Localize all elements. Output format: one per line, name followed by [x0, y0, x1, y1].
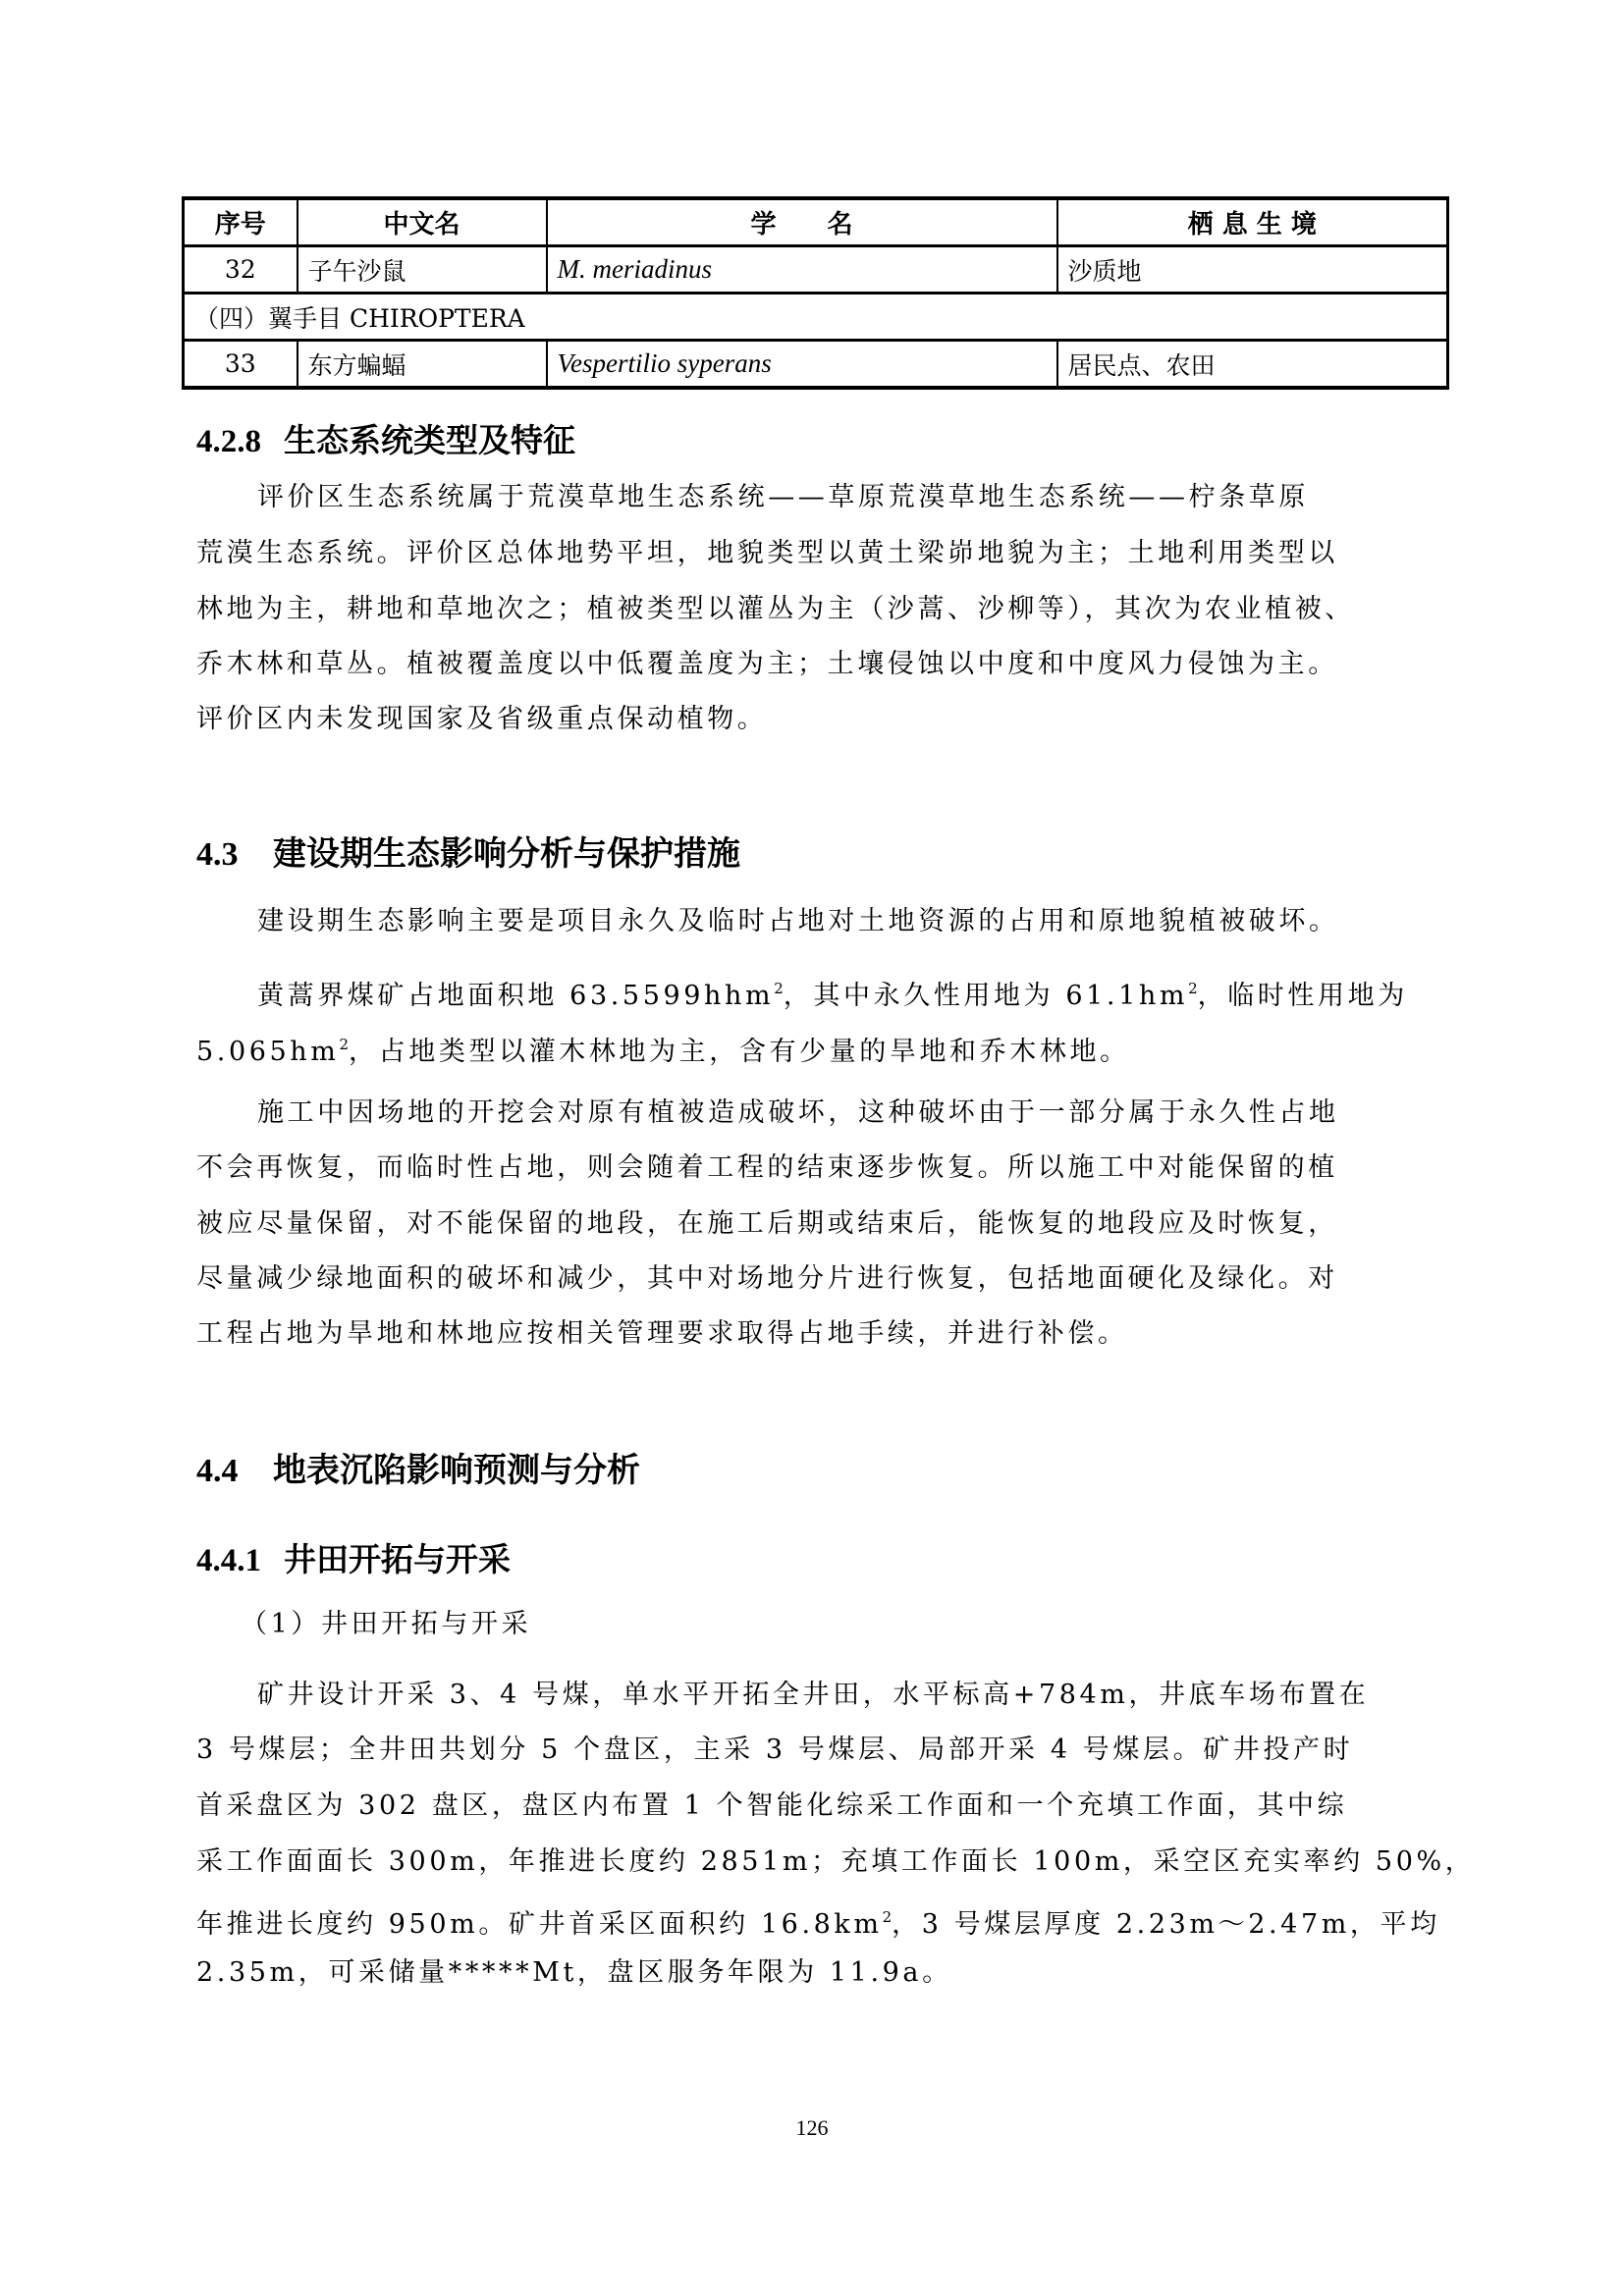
subheading: （1）井田开拓与开采	[241, 1608, 531, 1641]
paragraph-line: 荒漠生态系统。评价区总体地势平坦，地貌类型以黄土梁峁地貌为主；土地利用类型以	[196, 537, 1338, 570]
heading-4-2-8: 4.2.8 生态系统类型及特征	[196, 415, 575, 461]
paragraph-line: 工程占地为旱地和林地应按相关管理要求取得占地手续，并进行补偿。	[196, 1317, 1128, 1351]
table-group-row: （四）翼手目 CHIROPTERA	[184, 294, 1448, 341]
superscript: 2	[774, 980, 784, 997]
paragraph-line: 5.065hm2，占地类型以灌木林地为主，含有少量的旱地和乔木林地。	[196, 1028, 1130, 1069]
superscript: 2	[883, 1908, 893, 1926]
heading-4-4-1: 4.4.1 井田开拓与开采	[196, 1534, 511, 1580]
document-page: 序号 中文名 学 名 栖 息 生 境 32 子午沙鼠 M. meriadinus…	[0, 0, 1624, 2296]
text-segment: ，3 号煤层厚度 2.23m～2.47m，平均	[892, 1909, 1440, 1940]
cell-habitat: 居民点、农田	[1057, 341, 1448, 389]
paragraph-line: 年推进长度约 950m。矿井首采区面积约 16.8km2，3 号煤层厚度 2.2…	[196, 1900, 1440, 1942]
paragraph-line: 黄蒿界煤矿占地面积地 63.5599hhm2，其中永久性用地为 61.1hm2，…	[257, 972, 1408, 1013]
table-header-row: 序号 中文名 学 名 栖 息 生 境	[184, 198, 1448, 246]
paragraph-line: 评价区生态系统属于荒漠草地生态系统——草原荒漠草地生态系统——柠条草原	[257, 481, 1309, 514]
heading-number: 4.3	[196, 836, 239, 874]
heading-title: 生态系统类型及特征	[284, 421, 575, 459]
cell-group-label: （四）翼手目 CHIROPTERA	[184, 294, 1448, 341]
species-table: 序号 中文名 学 名 栖 息 生 境 32 子午沙鼠 M. meriadinus…	[182, 196, 1449, 390]
cell-chinese-name: 东方蝙蝠	[298, 341, 547, 389]
cell-serial: 32	[184, 246, 298, 294]
header-scientific-name: 学 名	[547, 198, 1057, 246]
header-chinese-name: 中文名	[298, 198, 547, 246]
cell-scientific-name: M. meriadinus	[547, 246, 1057, 294]
text-segment: 黄蒿界煤矿占地面积地 63.5599hhm	[257, 981, 774, 1011]
superscript: 2	[1188, 980, 1198, 997]
heading-number: 4.4.1	[196, 1543, 261, 1579]
paragraph-line: 建设期生态影响主要是项目永久及临时占地对土地资源的占用和原地貌植被破坏。	[257, 905, 1339, 938]
paragraph-line: 评价区内未发现国家及省级重点保动植物。	[196, 703, 767, 736]
paragraph-line: 首采盘区为 302 盘区，盘区内布置 1 个智能化综采工作面和一个充填工作面，其…	[196, 1789, 1347, 1823]
heading-number: 4.4	[196, 1453, 239, 1490]
paragraph-line: 施工中因场地的开挖会对原有植被造成破坏，这种破坏由于一部分属于永久性占地	[257, 1096, 1339, 1130]
text-segment: ，其中永久性用地为 61.1hm	[784, 981, 1188, 1011]
header-serial: 序号	[184, 198, 298, 246]
heading-title: 井田开拓与开采	[284, 1540, 511, 1578]
heading-4-3: 4.3 建设期生态影响分析与保护措施	[196, 827, 740, 875]
paragraph-line: 被应尽量保留，对不能保留的地段，在施工后期或结束后，能恢复的地段应及时恢复，	[196, 1207, 1338, 1241]
text-segment: ，临时性用地为	[1198, 981, 1408, 1011]
superscript: 2	[340, 1036, 350, 1053]
heading-title: 地表沉陷影响预测与分析	[273, 1451, 640, 1490]
cell-chinese-name: 子午沙鼠	[298, 246, 547, 294]
cell-serial: 33	[184, 341, 298, 389]
paragraph-line: 矿井设计开采 3、4 号煤，单水平开拓全井田，水平标高+784m，井底车场布置在	[257, 1679, 1369, 1712]
header-habitat: 栖 息 生 境	[1057, 198, 1448, 246]
paragraph-line: 尽量减少绿地面积的破坏和减少，其中对场地分片进行恢复，包括地面硬化及绿化。对	[196, 1262, 1338, 1296]
paragraph-line: 不会再恢复，而临时性占地，则会随着工程的结束逐步恢复。所以施工中对能保留的植	[196, 1151, 1338, 1185]
page-number: 126	[0, 2115, 1624, 2141]
cell-scientific-name: Vespertilio syperans	[547, 341, 1057, 389]
paragraph-line: 3 号煤层；全井田共划分 5 个盘区，主采 3 号煤层、局部开采 4 号煤层。矿…	[196, 1734, 1353, 1767]
table-row: 32 子午沙鼠 M. meriadinus 沙质地	[184, 246, 1448, 294]
paragraph-line: 乔木林和草丛。植被覆盖度以中低覆盖度为主；土壤侵蚀以中度和中度风力侵蚀为主。	[196, 648, 1338, 681]
text-segment: ，占地类型以灌木林地为主，含有少量的旱地和乔木林地。	[349, 1037, 1130, 1067]
heading-4-4: 4.4 地表沉陷影响预测与分析	[196, 1443, 640, 1491]
heading-title: 建设期生态影响分析与保护措施	[273, 834, 740, 874]
text-segment: 5.065hm	[196, 1037, 340, 1067]
table-row: 33 东方蝙蝠 Vespertilio syperans 居民点、农田	[184, 341, 1448, 389]
heading-number: 4.2.8	[196, 424, 261, 460]
cell-habitat: 沙质地	[1057, 246, 1448, 294]
paragraph-line: 林地为主，耕地和草地次之；植被类型以灌丛为主（沙蒿、沙柳等），其次为农业植被、	[196, 593, 1355, 626]
text-segment: 年推进长度约 950m。矿井首采区面积约 16.8km	[196, 1909, 883, 1940]
paragraph-line: 2.35m，可采储量*****Mt，盘区服务年限为 11.9a。	[196, 1956, 952, 1990]
paragraph-line: 采工作面面长 300m，年推进长度约 2851m；充填工作面长 100m，采空区…	[196, 1845, 1475, 1879]
